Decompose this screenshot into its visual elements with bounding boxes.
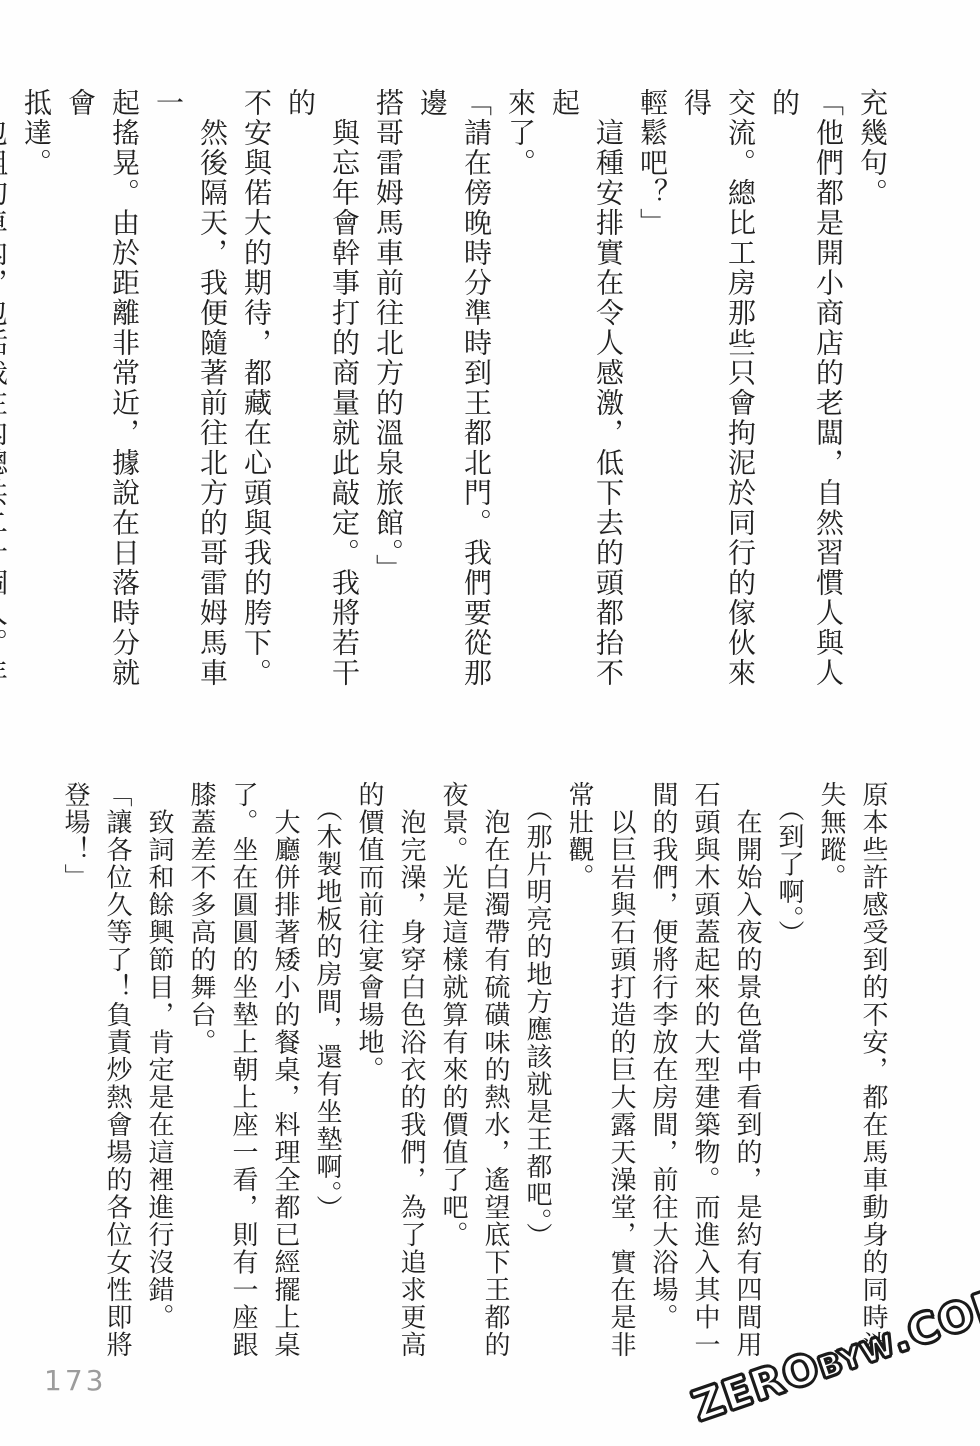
text-column: 了。坐在圓圓的坐墊上朝上座一看，則有一座跟 [222,781,264,1391]
text-column: 起搖晃。由於距離非常近，據說在日落時分就會 [58,88,146,692]
text-block-top: 充幾句。 「他們都是開小商店的老闆，自然習慣人與人的 交流。總比工房那些只會拘泥… [0,88,894,692]
text-column: 常壯觀。 [558,781,600,1391]
text-column: 泡在白濁帶有硫磺味的熱水，遙望底下王都的 [474,781,516,1391]
text-column: （到了啊。） [768,781,810,1391]
text-column: 石頭與木頭蓋起來的大型建築物。而進入其中一 [684,781,726,1391]
text-column: 大廳併排著矮小的餐桌，料理全都已經擺上桌 [264,781,306,1391]
text-column: （木製地板的房間，還有坐墊啊。） [306,781,348,1391]
text-column: 搭哥雷姆馬車前往北方的溫泉旅館。」 [366,88,410,692]
text-column: 這種安排實在令人感激，低下去的頭都抬不起 [542,88,630,692]
text-column: 與忘年會幹事打的商量就此敲定。我將若干的 [278,88,366,692]
text-column: 交流。總比工房那些只會拘泥於同行的傢伙來得 [674,88,762,692]
text-column: 然後隔天，我便隨著前往北方的哥雷姆馬車一 [146,88,234,692]
text-column: 致詞和餘興節目，肯定是在這裡進行沒錯。 [138,781,180,1391]
text-block-bottom: 原本些許感受到的不安，都在馬車動身的同時消 失無蹤。 （到了啊。） 在開始入夜的… [54,781,894,1391]
text-column: 充幾句。 [850,88,894,692]
text-column: 原本些許感受到的不安，都在馬車動身的同時消 [852,781,894,1391]
page-number: 173 [44,1364,106,1397]
watermark-text-com: .COM [885,1274,980,1362]
text-column: 失無蹤。 [810,781,852,1391]
text-column: （那片明亮的地方應該就是王都吧。） [516,781,558,1391]
text-column: 以巨岩與石頭打造的巨大露天澡堂，實在是非 [600,781,642,1391]
text-column: 間的我們，便將行李放在房間，前往大浴場。 [642,781,684,1391]
text-column: 「讓各位久等了！負責炒熱會場的各位女性即將 [96,781,138,1391]
text-column: 夜景。光是這樣就算有來的價值了吧。 [432,781,474,1391]
text-column: 「請在傍晚時分準時到王都北門。我們要從那邊 [410,88,498,692]
text-column: 「他們都是開小商店的老闆，自然習慣人與人的 [762,88,850,692]
text-column: 包租的車內，包括我在內總共二十個人。年齡 [0,88,14,692]
text-column: 泡完澡，身穿白色浴衣的我們，為了追求更高 [390,781,432,1391]
book-page-scan: 充幾句。 「他們都是開小商店的老闆，自然習慣人與人的 交流。總比工房那些只會拘泥… [0,0,980,1446]
text-column: 來了。 [498,88,542,692]
text-column: 膝蓋差不多高的舞台。 [180,781,222,1391]
text-column: 的價值而前往宴會場地。 [348,781,390,1391]
text-column: 輕鬆吧？」 [630,88,674,692]
text-column: 不安與偌大的期待，都藏在心頭與我的胯下。 [234,88,278,692]
text-column: 登場！」 [54,781,96,1391]
text-column: 抵達。 [14,88,58,692]
text-column: 在開始入夜的景色當中看到的，是約有四間用 [726,781,768,1391]
